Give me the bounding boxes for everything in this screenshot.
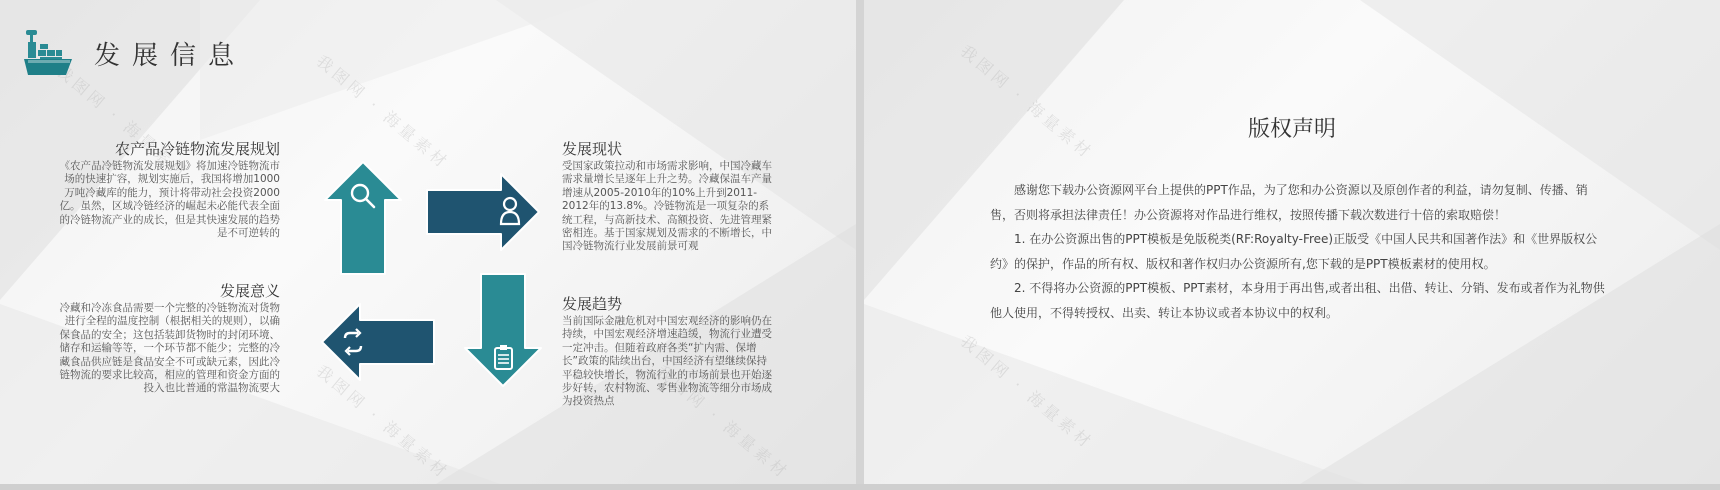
arrow-right-shape xyxy=(425,172,541,252)
section-heading: 发展趋势 xyxy=(562,295,772,313)
arrow-left-shape xyxy=(320,302,436,382)
section-text: 当前国际金融危机对中国宏观经济的影响仍在持续，中国宏观经济增速趋缓，物流行业遭受… xyxy=(562,315,772,409)
arrow-down-shape xyxy=(463,272,543,388)
slide-divider xyxy=(856,0,864,490)
cargo-ship-icon xyxy=(24,30,74,76)
slide-development-info: 我图网 · 海量素材 我图网 · 海量素材 我图网 · 海量素材 我图网 · 海… xyxy=(0,0,856,484)
copyright-body: 感谢您下载办公资源网平台上提供的PPT作品，为了您和办公资源以及原创作者的利益，… xyxy=(990,178,1610,325)
bottom-strip xyxy=(0,484,1720,490)
section-trend: 发展趋势 当前国际金融危机对中国宏观经济的影响仍在持续，中国宏观经济增速趋缓，物… xyxy=(562,295,772,409)
slide-copyright: 我图网 · 海量素材 我图网 · 海量素材 版权声明 感谢您下载办公资源网平台上… xyxy=(864,0,1720,484)
copyright-paragraph: 1. 在办公资源出售的PPT模板是免版税类(RF:Royalty-Free)正版… xyxy=(990,227,1610,276)
watermark: 我图网 · 海量素材 xyxy=(956,329,1099,454)
section-text: 受国家政策拉动和市场需求影响，中国冷藏车需求量增长呈逐年上升之势。冷藏保温车产量… xyxy=(562,160,772,254)
section-heading: 农产品冷链物流发展规划 xyxy=(58,140,280,158)
section-plan: 农产品冷链物流发展规划 《农产品冷链物流发展规划》将加速冷链物流市场的快速扩容，… xyxy=(58,140,280,240)
watermark: 我图网 · 海量素材 xyxy=(956,39,1099,164)
slide-header: 发展信息 xyxy=(24,30,246,76)
arrow-up-shape xyxy=(323,160,403,276)
section-meaning: 发展意义 冷藏和冷冻食品需要一个完整的冷链物流对货物进行全程的温度控制（根据相关… xyxy=(58,282,280,396)
decorative-facet xyxy=(864,304,1364,484)
section-heading: 发展意义 xyxy=(58,282,280,300)
decorative-facet xyxy=(200,0,600,140)
page-title: 发展信息 xyxy=(94,35,246,72)
copyright-title: 版权声明 xyxy=(864,112,1720,143)
section-status: 发展现状 受国家政策拉动和市场需求影响，中国冷藏车需求量增长呈逐年上升之势。冷藏… xyxy=(562,140,772,254)
watermark: 我图网 · 海量素材 xyxy=(312,49,455,174)
section-text: 冷藏和冷冻食品需要一个完整的冷链物流对货物进行全程的温度控制（根据相关的规则），… xyxy=(58,302,280,396)
copyright-paragraph: 感谢您下载办公资源网平台上提供的PPT作品，为了您和办公资源以及原创作者的利益，… xyxy=(990,178,1610,227)
section-text: 《农产品冷链物流发展规划》将加速冷链物流市场的快速扩容，规划实施后，我国将增加1… xyxy=(58,160,280,240)
copyright-paragraph: 2. 不得将办公资源的PPT模板、PPT素材，本身用于再出售,或者出租、出借、转… xyxy=(990,276,1610,325)
section-heading: 发展现状 xyxy=(562,140,772,158)
